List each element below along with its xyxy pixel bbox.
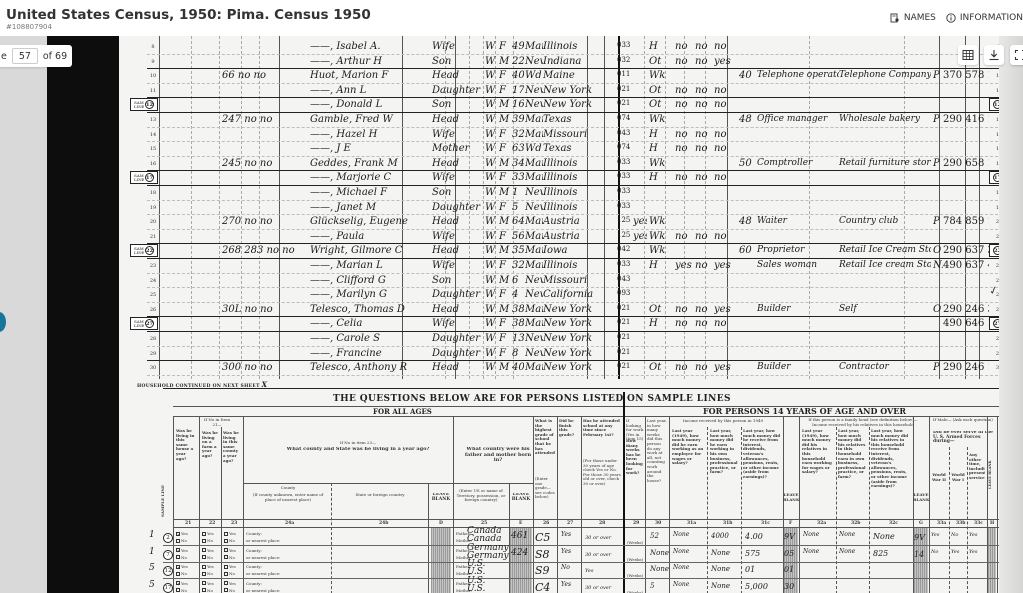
cell-q18: no [714,85,732,96]
cell-class: P [933,216,943,227]
cell-birthplace: California [543,289,615,300]
checkbox[interactable]: × [176,581,180,585]
cell-sex: F [499,231,511,242]
cell-age: 16 [512,99,524,110]
q23-header: Was he living in this same county a year… [223,431,241,463]
cell-marital: Wd [525,143,543,154]
cell-age: 8 [512,348,524,359]
cell-relation: Head [432,114,482,125]
cell-q16: no [675,85,693,96]
cell-relation: Head [432,70,482,81]
yes-checkbox[interactable]: Yes [202,548,214,553]
wages-value: None [673,581,689,588]
q30-header: Last year, in how many weeks did this pe… [647,419,667,483]
mother-birthplace: U.S. [467,584,485,593]
cell-sex: F [499,70,511,81]
cell-occupation: Telephone operator [757,70,839,80]
cell-q16: no [675,172,693,183]
relatives-wages-value: None [803,531,819,538]
page-number-input[interactable] [12,48,38,64]
cell-sex: M [499,158,511,169]
yes-checkbox[interactable]: Yes [202,531,214,536]
cell-hours: 40 [739,70,755,81]
leave-blank-d: LEAVE BLANK [430,493,452,502]
cell-activity: Wk [649,216,671,227]
cell-name: Huot, Marion F [310,70,428,81]
yes-label: Yes [229,564,236,569]
cell-race: W [485,318,497,329]
cell-code: 042 [617,245,632,253]
checkbox[interactable]: × [176,532,180,536]
checkbox[interactable] [176,588,180,592]
grid-view-button[interactable] [958,45,978,65]
page-label: e [1,51,7,62]
cell-nat: yes [633,231,647,242]
business-income-value: None [711,582,730,590]
column-number: 21 [185,521,191,526]
cell-relation: Wife [432,41,482,52]
yes-label: Yes [181,548,188,553]
cell-birthplace: Illinois [543,260,615,271]
cell-q18: no [714,99,732,110]
cell-marital: Mar [525,362,543,373]
cell-dwelling: 268 283 no no [222,245,302,256]
no-checkbox[interactable]: No [176,555,187,560]
header-actions: NAMES INFORMATION [890,13,1023,23]
cell-q18: yes [714,304,732,315]
yes-label: Yes [207,531,214,536]
county-label: County: [246,581,262,586]
image-viewer[interactable]: 88——, Isabel A.WifeWF49MarIllinois033Hno… [0,36,1023,593]
cell-birthplace: New York [543,318,615,329]
yes-checkbox[interactable]: ×Yes [176,531,188,536]
q24b-header: State or foreign country [335,493,425,498]
cell-race: W [485,304,497,315]
cell-birthplace: Iowa [543,245,615,256]
checkbox[interactable] [176,572,180,576]
checkbox[interactable] [202,555,206,559]
checkbox[interactable] [224,588,228,592]
census-row: 2323——, Marian LWifeWF32MarIllinois033Hy… [147,259,1013,274]
checkbox[interactable] [202,581,206,585]
sample-line-circle: 2 [163,533,173,543]
cell-occ-code: 490 646 1 [943,318,989,329]
census-row: 2424——, Clifford GSonWM6NevMissouri043 [147,274,1013,289]
column-number: 26 [543,521,549,526]
column-number: 30 [655,521,661,526]
other-service-value: Yes [969,532,977,538]
information-button[interactable]: INFORMATION [946,13,1023,23]
line-number: 23 [147,263,159,269]
download-button[interactable] [984,45,1004,65]
cell-birthplace: New York [543,99,615,110]
cell-q16: yes [675,260,693,271]
column-number: 33b [956,521,965,526]
ww1-value: No [951,532,958,538]
no-checkbox[interactable]: No [202,571,213,576]
attended-school-value: 30 or over [585,585,611,591]
cell-race: W [485,202,497,213]
cell-activity: Ot [649,99,671,110]
checkbox[interactable] [224,581,228,585]
no-checkbox[interactable]: No [224,555,235,560]
margin-mark: 1 [149,530,155,540]
code-f: 01 [784,565,794,574]
cell-code: 021 [617,318,632,326]
cell-industry: Telephone Company [839,70,931,80]
county-label: County: [246,531,262,536]
column-number: 29 [633,521,639,526]
checkbox[interactable]: × [176,548,180,552]
no-checkbox[interactable]: No [202,588,213,593]
cell-occupation: Comptroller [757,158,839,168]
q21-header: Was he living in this same house a year … [176,429,196,461]
fullscreen-icon [1014,49,1023,61]
line-number: 11 [147,88,159,94]
cell-age: 40 [512,362,524,373]
checkbox[interactable] [224,539,228,543]
cell-relation: Daughter [432,348,482,359]
cell-age: 49 [512,41,524,52]
yes-checkbox[interactable]: Yes [224,548,236,553]
checkbox[interactable] [202,548,206,552]
sample-row: 122×YesNoYesNoYesNoCounty:or nearest pla… [163,529,1003,546]
cell-q17: no [695,318,713,329]
cell-name: ——, Isabel A. [310,41,428,52]
cell-race: W [485,143,497,154]
cell-name: ——, J E [310,143,428,154]
no-checkbox[interactable]: No [224,571,235,576]
cell-dwelling: 30L no no [222,304,302,315]
yes-checkbox[interactable]: ×Yes [176,548,188,553]
cell-race: W [485,85,497,96]
weeks-label: (Weeks) [627,540,643,545]
cell-dwelling: 245 no no [222,158,302,169]
cell-industry: Country club [839,216,931,226]
cell-industry: Retail Ice cream Store [839,260,931,270]
cell-birthplace: Texas [543,114,615,125]
cell-marital: Nev [525,289,543,300]
census-row: 1616245 no noGeddes, Frank MHeadWM34MarI… [147,157,1013,172]
cell-class: P [933,158,943,169]
cell-q18: yes [714,260,732,271]
cell-age: 56 [512,231,524,242]
line-number: 13 [147,117,159,123]
cell-q17: no [695,231,713,242]
cell-sex: M [499,245,511,256]
cell-code: 033 [617,172,632,180]
cell-q17: no [695,56,713,67]
cell-occupation: Proprietor [757,245,839,255]
line-number: 18 [147,190,159,196]
cell-activity: H [649,172,671,183]
weeks-worked-value: None [650,565,669,573]
cell-birthplace: Illinois [543,172,615,183]
checkbox[interactable] [202,539,206,543]
nearest-place-label: or nearest place: [246,555,280,560]
sample-row: 177×YesNoYesNoYesNoCounty:or nearest pla… [163,546,1003,563]
census-row: 2222SAMP LINE2222ASK QUES. BELOW268 283 … [147,244,1013,259]
census-sheet: 88——, Isabel A.WifeWF49MarIllinois033Hno… [119,36,999,593]
cell-hours: 60 [739,245,755,256]
checkbox[interactable] [176,539,180,543]
yes-label: Yes [229,581,236,586]
yes-checkbox[interactable]: Yes [224,564,236,569]
cell-birthplace: Austria [543,231,615,242]
column-number: 33c [974,521,983,526]
census-row: 2727SAMP LINE2727ASK QUES. BELOW——, Celi… [147,317,1013,332]
yes-label: Yes [207,581,214,586]
q32-pre: If this person is a family head (see def… [803,418,923,427]
yes-checkbox[interactable]: Yes [224,581,236,586]
relatives-other-value: None [873,532,895,541]
cell-name: ——, Marjorie C [310,172,428,183]
column-number: 33a [937,521,946,526]
census-row: 1414——, Hazel HWifeWF32MarMissouri043Hno… [147,128,1013,143]
checkbox[interactable]: × [176,565,180,569]
yes-label: Yes [207,548,214,553]
column-number: H [990,521,994,526]
cell-sex: F [499,348,511,359]
q27-header: Did he finish this grade? [559,419,579,437]
code-e: 461 [511,531,528,541]
cell-sex: M [499,99,511,110]
cell-relation: Wife [432,318,482,329]
cell-name: ——, Marilyn G [310,289,428,300]
names-button[interactable]: NAMES [890,13,936,23]
cell-sex: M [499,114,511,125]
checkbox[interactable] [224,548,228,552]
cell-age: 6 [512,275,524,286]
cell-relation: Mother [432,143,482,154]
rule [173,416,1003,417]
cell-hours: 48 [739,216,755,227]
cell-q17: no [695,304,713,315]
cell-code: 074 [617,143,632,151]
cell-industry: Retail furniture store [839,158,931,168]
cell-relation: Son [432,275,482,286]
cell-activity: Ot [649,362,671,373]
cell-relation: Daughter [432,202,482,213]
q31-pre: Income received by this person in 1949 [673,419,773,424]
line-number: 20 [147,219,159,225]
cell-occ-code: 290 416 1 [943,114,989,125]
cell-code: 033 [617,260,632,268]
census-row: 262630L no noTelesco, Thomas DHeadWM38Ma… [147,303,1013,318]
yes-checkbox[interactable]: Yes [202,581,214,586]
q24a-header: County [248,486,328,491]
cell-activity: H [649,318,671,329]
cell-relation: Head [432,158,482,169]
checkbox[interactable] [224,565,228,569]
cell-code: 011 [617,70,632,78]
no-checkbox[interactable]: No [176,571,187,576]
cell-marital: Mar [525,318,543,329]
nearest-place-label: or nearest place: [246,588,280,593]
q29-header: How many weeks has he been looking for w… [626,439,644,476]
cell-code: 074 [617,114,632,122]
cell-name: ——, Donald L [310,99,428,110]
checkbox[interactable] [202,565,206,569]
cell-race: W [485,129,497,140]
cell-name: Telesco, Thomas D [310,304,428,315]
cell-relation: Daughter [432,85,482,96]
cell-birthplace: New York [543,348,615,359]
margin-mark: 1 [149,547,155,557]
fullscreen-button[interactable] [1010,45,1023,65]
q33-pre: If Male— (Ask each question) [933,418,993,423]
cell-activity: Ot [649,56,671,67]
cell-name: Telesco, Anthony R [310,362,428,373]
cell-code: 125 [617,216,632,224]
cell-name: ——, Francine [310,348,428,359]
yes-checkbox[interactable]: ×Yes [176,581,188,586]
cell-sex: F [499,85,511,96]
cell-hours: 48 [739,114,755,125]
cell-birthplace: New York [543,362,615,373]
cell-dwelling: 247 no no [222,114,302,125]
line-number: 10 [147,73,159,79]
column-number: 24a [285,521,294,526]
cell-occ-code: 290 637 3 [943,245,989,256]
cell-activity: Wk [649,158,671,169]
q24-header: What county and State was he living in a… [283,447,433,453]
cell-relation: Wife [432,231,482,242]
checkbox[interactable] [224,555,228,559]
cell-relation: Head [432,245,482,256]
cell-marital: Nev [525,187,543,198]
checkbox[interactable] [224,532,228,536]
cell-code: 021 [617,304,632,312]
cell-occ-code: 290 246 1 [943,362,989,373]
q32c-header: Last year, how much money did his relati… [871,429,909,489]
finished-grade-value: Yes [561,581,571,588]
q33b-header: World War I [950,473,966,482]
sample-line-number: 17 [145,173,154,182]
checkbox[interactable] [176,555,180,559]
line-number: 21 [147,234,159,240]
census-row: 1515——, J EMotherWF63WdTexas074Hnonono [147,142,1013,157]
leave-blank-f: LEAVE BLANK [783,493,799,502]
cell-relation: Wife [432,172,482,183]
cell-activity: Wk [649,70,671,81]
cell-sex: F [499,172,511,183]
cell-birthplace: Texas [543,143,615,154]
q33a-header: World War II [931,473,947,482]
column-number: 28 [599,521,605,526]
finished-grade-value: Yes [561,531,571,538]
cell-activity: Ot [649,304,671,315]
yes-checkbox[interactable]: Yes [202,564,214,569]
cell-occ-code: 784 859 1 [943,216,989,227]
cell-activity: Wk [649,114,671,125]
cell-code: 125 [617,231,632,239]
cell-name: ——, Janet M [310,202,428,213]
checkbox[interactable] [202,532,206,536]
cell-code: 021 [617,333,632,341]
q32a-header: Last year (1949), how much money did his… [802,429,834,475]
no-checkbox[interactable]: No [202,538,213,543]
no-checkbox[interactable]: No [176,538,187,543]
cell-relation: Head [432,362,482,373]
attended-school-value: 30 or over [585,552,611,558]
cell-name: ——, Clifford G [310,275,428,286]
sample-label: SAMP LINE [134,320,144,328]
yes-checkbox[interactable]: Yes [224,531,236,536]
no-checkbox[interactable]: No [202,555,213,560]
cell-code: 021 [617,99,632,107]
cell-activity: H [649,260,671,271]
finished-grade-value: No [561,564,570,571]
checkbox[interactable] [202,588,206,592]
column-number: G [919,521,923,526]
cell-birthplace: Illinois [543,187,615,198]
q24a-note: (If county unknown, enter name of place … [248,493,328,502]
cell-age: 38 [512,304,524,315]
cell-q17: no [695,362,713,373]
cell-birthplace: New York [543,333,615,344]
cell-q18: yes [714,56,732,67]
info-icon [946,13,956,23]
cell-q18: yes [714,362,732,373]
cell-sex: F [499,129,511,140]
cell-occupation: Builder [757,362,839,372]
margin-mark: 5 [149,580,155,590]
cell-q16: no [675,143,693,154]
side-panel-toggle[interactable] [0,312,6,332]
yes-checkbox[interactable]: ×Yes [176,564,188,569]
line-number: 29 [147,351,159,357]
column-number: D [439,521,443,526]
column-number: 32a [817,521,826,526]
sample-line-marker: SAMP LINE17 [130,171,158,184]
cell-name: ——, Paula [310,231,428,242]
cell-marital: Mar [525,216,543,227]
cell-race: W [485,245,497,256]
sample-line-marker: SAMP LINE12 [130,98,158,111]
checkbox[interactable] [224,572,228,576]
cell-age: 39 [512,114,524,125]
cell-name: ——, Ann L [310,85,428,96]
cell-q16: no [675,129,693,140]
line-number: 24 [147,278,159,284]
checkbox[interactable] [202,572,206,576]
rule [173,527,1003,528]
cell-race: W [485,289,497,300]
cell-q16: no [675,99,693,110]
no-checkbox[interactable]: No [176,588,187,593]
other-income-value: 4.00 [745,532,763,541]
cell-code: 033 [617,158,632,166]
census-scan[interactable]: 88——, Isabel A.WifeWF49MarIllinois033Hno… [47,36,1023,593]
cell-age: 33 [512,172,524,183]
leave-blank-g: LEAVE BLANK [913,493,929,502]
sample-label: SAMP LINE [134,174,144,182]
finished-grade-value: Yes [561,548,571,555]
cell-race: W [485,362,497,373]
cell-occupation: Builder [757,304,839,314]
yes-label: Yes [181,564,188,569]
attended-school-value: Yes [585,568,593,574]
q22-pre: If No in Item 21— [203,418,231,427]
cell-name: Wright, Gilmore C [310,245,428,256]
cell-age: 35 [512,245,524,256]
no-checkbox[interactable]: No [224,588,235,593]
code-f: 9V [784,532,795,541]
for-all-ages-heading: FOR ALL AGES [373,407,432,416]
no-checkbox[interactable]: No [224,538,235,543]
grade-value: S8 [535,548,550,561]
